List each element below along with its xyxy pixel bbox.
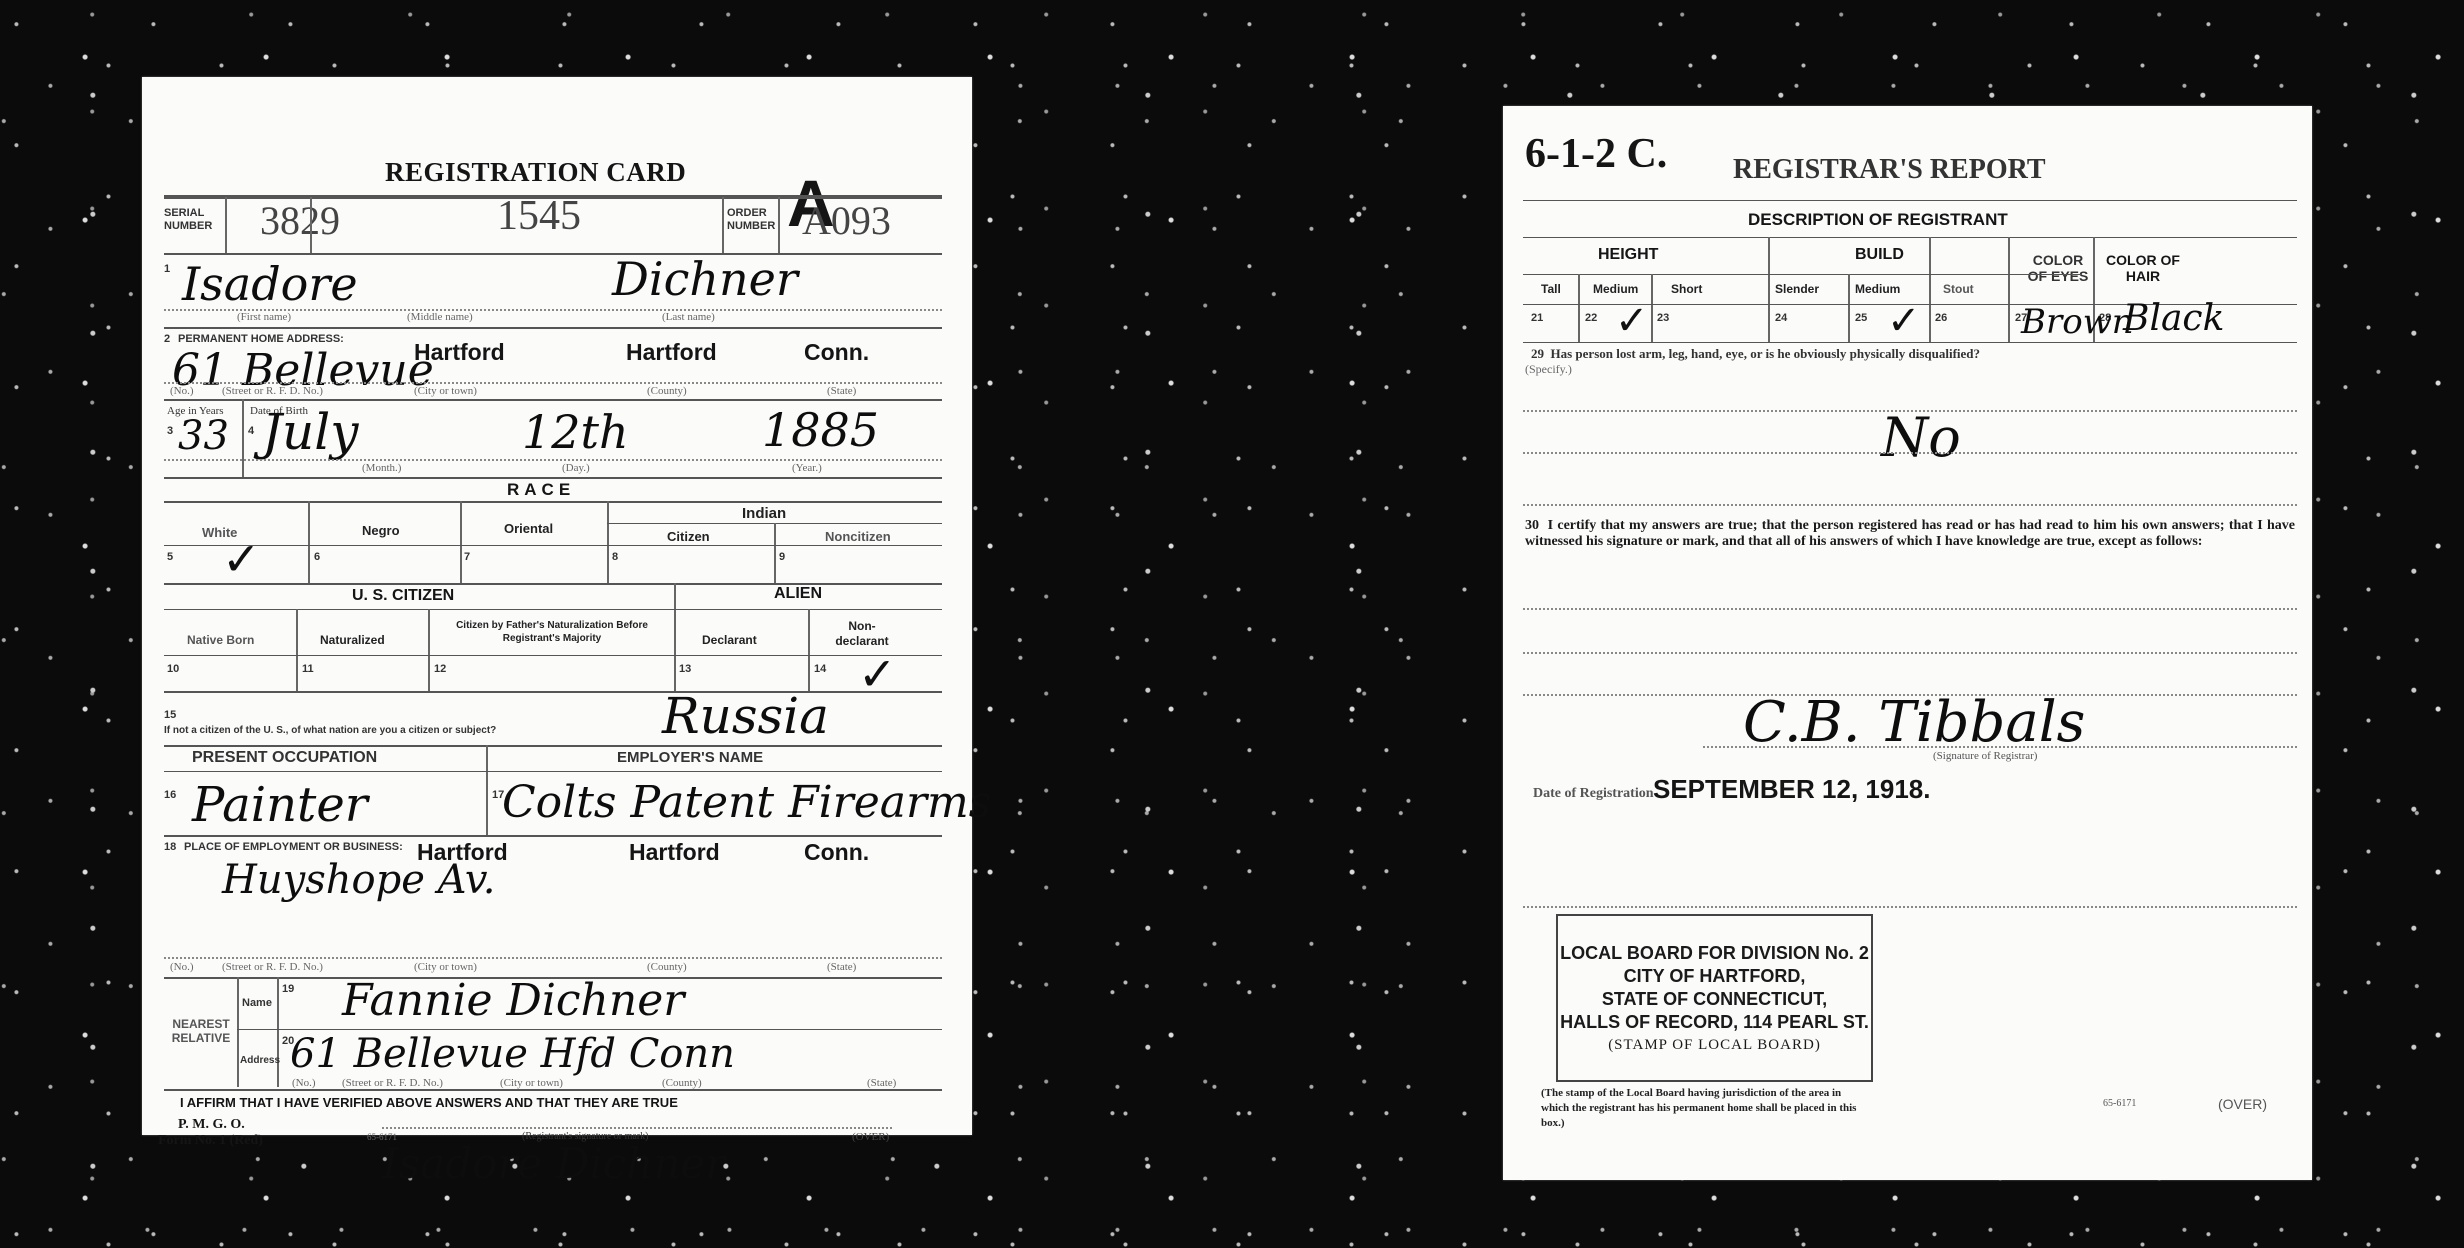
dob-month: July (262, 403, 358, 461)
employer-value: Colts Patent Firearms (502, 777, 991, 828)
rule (164, 1089, 942, 1091)
field-number: 13 (679, 663, 691, 675)
eye-color-value: Brown (2021, 302, 2134, 342)
height-col-tall: Tall (1541, 282, 1561, 296)
print-code: 65-6171 (2103, 1098, 2136, 1109)
report-title: REGISTRAR'S REPORT (1733, 154, 2046, 186)
nearest-relative-label: NEAREST RELATIVE (170, 1017, 232, 1045)
divider (277, 977, 279, 1087)
divider (460, 501, 462, 583)
divider (310, 197, 312, 253)
divider (308, 501, 310, 583)
board-code: 6-1-2 C. (1525, 130, 1667, 178)
field-number: 12 (434, 663, 446, 675)
occupation-value: Painter (192, 777, 368, 833)
field-number: 3 (167, 425, 173, 437)
height-heading: HEIGHT (1598, 246, 1658, 264)
rule (1523, 608, 2297, 610)
rule (164, 957, 942, 959)
rule (164, 745, 942, 747)
relative-name: Fannie Dichner (342, 975, 684, 1026)
order-number-label: ORDER NUMBER (727, 207, 777, 233)
divider (2008, 237, 2010, 342)
divider (225, 197, 227, 253)
build-col-medium: Medium (1855, 282, 1900, 296)
divider (1929, 237, 1931, 342)
field-number: 2 (164, 333, 170, 345)
height-col-short: Short (1671, 282, 1702, 296)
field-number: 18 (164, 841, 176, 853)
caption: (Street or R. F. D. No.) (222, 385, 323, 397)
rule (1523, 504, 2297, 506)
home-county: Hartford (626, 339, 717, 366)
home-state: Conn. (804, 339, 869, 366)
age-value: 33 (178, 413, 229, 459)
divider (607, 501, 609, 583)
field-number: 10 (167, 663, 179, 675)
dob-day: 12th (522, 405, 629, 459)
rule (382, 1127, 892, 1129)
race-col-indian-noncitizen: Noncitizen (825, 529, 891, 544)
caption: (First name) (237, 311, 291, 323)
rule (164, 609, 942, 610)
caption: (Street or R. F. D. No.) (342, 1077, 443, 1089)
form-id: P. M. G. O. (178, 1117, 245, 1133)
employer-label: EMPLOYER'S NAME (617, 749, 763, 766)
divider (722, 197, 724, 253)
caption: (County) (647, 385, 687, 397)
field-number: 24 (1775, 312, 1787, 324)
divider (486, 745, 488, 835)
last-name: Dichner (612, 252, 798, 306)
race-col-oriental: Oriental (504, 521, 553, 536)
q30-block: 30 I certify that my answers are true; t… (1525, 518, 2295, 550)
alien-col-declarant: Declarant (702, 633, 757, 647)
field-number: 15 (164, 709, 176, 721)
race-col-indian-citizen: Citizen (667, 529, 710, 544)
divider (1848, 274, 1850, 342)
field-number: 8 (612, 551, 618, 563)
divider (428, 609, 430, 691)
caption: (City or town) (414, 961, 477, 973)
caption: (Year.) (792, 462, 822, 474)
affirmation-text: I AFFIRM THAT I HAVE VERIFIED ABOVE ANSW… (180, 1095, 678, 1110)
q29-answer: No (1881, 406, 1961, 469)
eye-color-heading: COLOR OF EYES (2023, 252, 2093, 284)
q30-certification-text: I certify that my answers are true; that… (1525, 518, 2295, 549)
field-number: 11 (302, 663, 314, 675)
serial-number-value: 3829 (260, 197, 340, 244)
description-heading: DESCRIPTION OF REGISTRANT (1748, 210, 2008, 230)
registrant-signature: Isadore Dichner (382, 1139, 725, 1188)
rule (1523, 652, 2297, 654)
field-number: 19 (282, 983, 294, 995)
divider (1768, 237, 1770, 342)
employment-city: Hartford (417, 839, 508, 866)
rule (1523, 342, 2297, 343)
field-number: 30 (1525, 518, 1539, 533)
field-number: 16 (164, 789, 176, 801)
local-board-stamp: LOCAL BOARD FOR DIVISION No. 2 CITY OF H… (1556, 942, 1873, 1057)
rule (164, 545, 942, 546)
stamp-line: CITY OF HARTFORD, (1556, 965, 1873, 988)
rule (164, 399, 942, 401)
alien-heading: ALIEN (774, 585, 822, 603)
caption: (No.) (170, 385, 194, 397)
caption: (State) (867, 1077, 896, 1089)
over-label: (OVER) (2218, 1096, 2267, 1112)
employment-county: Hartford (629, 839, 720, 866)
rule (1523, 274, 2082, 275)
hair-color-value: Black (2123, 298, 2224, 339)
relative-address-label: Address (240, 1055, 280, 1066)
field-number: 22 (1585, 312, 1597, 324)
build-col-slender: Slender (1775, 282, 1819, 296)
nation-answer: Russia (662, 687, 829, 745)
dob-year: 1885 (762, 403, 879, 457)
caption: (City or town) (414, 385, 477, 397)
caption: (State) (827, 961, 856, 973)
first-name: Isadore (182, 257, 358, 311)
race-white-checkmark: ✓ (222, 532, 261, 586)
race-indian-heading: Indian (742, 505, 786, 522)
rule (164, 459, 942, 461)
race-col-negro: Negro (362, 523, 400, 538)
caption: (No.) (170, 961, 194, 973)
stamp-caption: (STAMP OF LOCAL BOARD) (1556, 1034, 1873, 1057)
occupation-label: PRESENT OCCUPATION (192, 749, 377, 767)
date-of-registration-value: SEPTEMBER 12, 1918. (1653, 774, 1930, 805)
divider (242, 399, 244, 479)
caption: (No.) (292, 1077, 316, 1089)
caption: (County) (647, 961, 687, 973)
rule (164, 655, 942, 656)
build-heading: BUILD (1855, 246, 1904, 264)
field-number: 21 (1531, 312, 1543, 324)
rule (237, 1029, 942, 1030)
divider (237, 977, 239, 1087)
height-col-medium: Medium (1593, 282, 1638, 296)
rule (164, 771, 942, 772)
rule (164, 253, 942, 255)
rule (1703, 746, 2297, 748)
order-number-value: A093 (802, 197, 891, 244)
over-label: (OVER) (852, 1131, 889, 1143)
divider (296, 609, 298, 691)
field-number: 9 (779, 551, 785, 563)
divider (1651, 274, 1653, 342)
race-heading: RACE (507, 480, 575, 500)
rule (1523, 906, 2297, 908)
divider (774, 523, 776, 583)
caption: (Day.) (562, 462, 590, 474)
nation-question: If not a citizen of the U. S., of what n… (164, 725, 496, 736)
card-title: REGISTRATION CARD (385, 157, 686, 188)
q29-line: 29 Has person lost arm, leg, hand, eye, … (1531, 346, 1980, 362)
caption: (State) (827, 385, 856, 397)
caption: (Middle name) (407, 311, 473, 323)
q29-specify: (Specify.) (1525, 362, 1572, 377)
divider (674, 583, 676, 691)
rule (164, 835, 942, 837)
field-number: 5 (167, 551, 173, 563)
citizen-col-father-naturalization: Citizen by Father's Naturalization Befor… (442, 619, 662, 645)
alien-col-non-declarant: Non-declarant (832, 619, 892, 649)
citizen-col-native-born: Native Born (187, 633, 254, 647)
stamp-line: STATE OF CONNECTICUT, (1556, 988, 1873, 1011)
field-number: 25 (1855, 312, 1867, 324)
home-address-label: PERMANENT HOME ADDRESS: (178, 333, 344, 345)
registrars-report-card: 6-1-2 C. REGISTRAR'S REPORT DESCRIPTION … (1503, 106, 2312, 1180)
caption: (Street or R. F. D. No.) (222, 961, 323, 973)
rule (1523, 452, 2297, 454)
field-number: 6 (314, 551, 320, 563)
stamp-note: (The stamp of the Local Board having jur… (1541, 1086, 1861, 1131)
rule (164, 477, 942, 479)
field-number: 4 (248, 425, 254, 437)
q29-question: Has person lost arm, leg, hand, eye, or … (1551, 346, 1981, 361)
rule (164, 583, 942, 585)
serial-stamp-value: 1545 (497, 192, 581, 240)
divider (778, 197, 780, 253)
relative-address: 61 Bellevue Hfd Conn (290, 1031, 735, 1077)
date-of-registration-label: Date of Registration (1533, 786, 1654, 802)
build-medium-checkmark: ✓ (1887, 298, 1921, 344)
divider (808, 609, 810, 691)
rule (164, 501, 942, 503)
field-number: 29 (1531, 346, 1544, 361)
field-number: 23 (1657, 312, 1669, 324)
registration-card: REGISTRATION CARD A SERIAL NUMBER 3829 1… (142, 77, 972, 1135)
field-number: 7 (464, 551, 470, 563)
caption: (County) (662, 1077, 702, 1089)
employment-place-label: PLACE OF EMPLOYMENT OR BUSINESS: (184, 841, 403, 853)
hair-color-heading: COLOR OF HAIR (2103, 252, 2183, 284)
build-col-stout: Stout (1943, 282, 1974, 296)
rule (164, 327, 942, 329)
field-number: 14 (814, 663, 826, 675)
caption: (Month.) (362, 462, 401, 474)
relative-name-label: Name (242, 997, 272, 1009)
field-number: 1 (164, 263, 170, 275)
form-number: Form No. 1 (Red) (158, 1133, 263, 1149)
employment-state: Conn. (804, 839, 869, 866)
stamp-line: HALLS OF RECORD, 114 PEARL ST. (1556, 1011, 1873, 1034)
rule (1523, 237, 2297, 238)
height-medium-checkmark: ✓ (1615, 298, 1649, 344)
caption: (Last name) (662, 311, 715, 323)
rule (1523, 200, 2297, 201)
stamp-line: LOCAL BOARD FOR DIVISION No. 2 (1556, 942, 1873, 965)
citizen-col-naturalized: Naturalized (320, 633, 385, 647)
home-city: Hartford (414, 339, 505, 366)
rule (164, 382, 942, 384)
registrar-signature-caption: (Signature of Registrar) (1933, 750, 2037, 762)
serial-number-label: SERIAL NUMBER (164, 207, 220, 233)
field-number: 26 (1935, 312, 1947, 324)
caption: (City or town) (500, 1077, 563, 1089)
divider (1578, 274, 1580, 342)
us-citizen-heading: U. S. CITIZEN (352, 587, 454, 605)
